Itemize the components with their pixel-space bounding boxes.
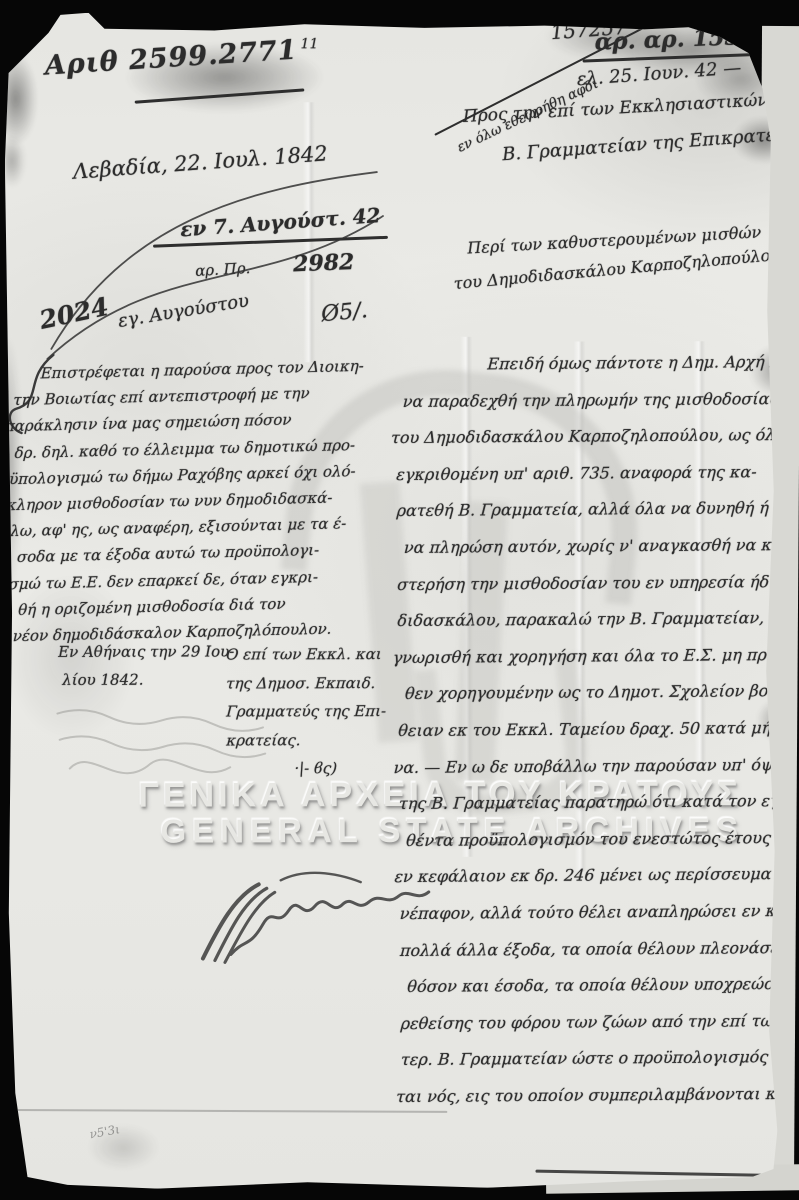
handwriting-line: γνωρισθή και χορηγήση και όλα το Ε.Σ. μη… — [392, 637, 788, 677]
handwriting-line: διδασκάλου, παρακαλώ την Β. Γραμματείαν,… — [396, 600, 787, 640]
reference-number: αρ. αρ. 15381. — [594, 22, 781, 56]
handwriting-line: να πληρώση αυτόν, χωρίς ν' αναγκασθή να … — [403, 527, 788, 567]
handwriting-line: πολλά άλλα έξοδα, τα οποία θέλουν πλεονά… — [399, 929, 788, 969]
handwriting-line: νέπαφον, αλλά τούτο θέλει αναπληρώσει εν… — [399, 893, 788, 933]
handwriting-line: τερ. Β. Γραμματείαν ώστε ο προϋπολογισμό… — [400, 1039, 788, 1079]
pen-flourish — [45, 162, 386, 363]
handwriting-line: Ο επί των Εκκλ. και — [225, 640, 387, 669]
handwriting-line: της Β. Γραμματείας παρατηρώ ότι κατά τον… — [398, 783, 788, 823]
handwriting-line: να. — Εν ω δε υποβάλλω την παρούσαν υπ' … — [392, 746, 787, 786]
small-number-note: 11 — [301, 36, 319, 52]
sheet-edge-line — [535, 1170, 785, 1178]
handwriting-line: στερήση την μισθοδοσίαν του εν υπηρεσία … — [396, 563, 787, 603]
handwriting-line: Επειδή όμως πάντοτε η Δημ. Αρχή Ραχώβης — [394, 344, 787, 384]
handwriting-line: ρεθείσης του φόρου των ζώων από την επί … — [400, 1003, 788, 1043]
handwriting-line: θειαν εκ του Εκκλ. Ταμείου δραχ. 50 κατά… — [397, 710, 787, 750]
ink-blot — [4, 53, 36, 145]
closing-date-line: λίου 1842. — [62, 671, 143, 689]
scanned-document: ΓΕΝΙΚΑ ΑΡΧΕΙΑ ΤΟΥ ΚΡΑΤΟΥΣ GENERAL STATE … — [0, 0, 799, 1200]
handwriting-line: εγκριθομένη υπ' αριθ. 735. αναφορά της κ… — [395, 454, 787, 494]
handwriting-line: θεν χορηγουμένην ως το Δημοτ. Σχολείον β… — [404, 673, 788, 713]
fold-line — [7, 1109, 447, 1112]
closing-date-line: Εν Αθήναις την 29 Ιου- — [58, 642, 234, 660]
main-body: Επειδή όμως πάντοτε η Δημ. Αρχή Ραχώβηςν… — [395, 344, 787, 1116]
handwriting-line: να παραδεχθή την πληρωμήν της μισθοδοσία… — [402, 380, 788, 420]
draft-reply-note: Επιστρέφεται η παρούσα προς τον Διοικη-τ… — [6, 352, 409, 649]
handwriting-line: του Δημοδιδασκάλου Καρποζηλοπούλου, ως ό… — [390, 417, 788, 457]
handwriting-line: θόσον και έσοδα, τα οποία θέλουν υποχρεώ… — [406, 966, 787, 1006]
handwriting-line: ·|- ϐς) — [293, 754, 387, 783]
bleedthrough-ghost-writing — [49, 695, 275, 800]
handwriting-line: της Δημοσ. Εκπαιδ. — [225, 669, 387, 698]
handwriting-line: ται νός, εις του οποίον συμπεριλαμβάνοντ… — [395, 1076, 787, 1116]
handwriting-line: ρατεθή Β. Γραμματεία, αλλά όλα να δυνηθή… — [395, 490, 787, 530]
address-line: Β. Γραμματείαν της Επικρατείας — [501, 122, 787, 165]
handwriting-line: εν κεφάλαιον εκ δρ. 246 μένει ως περίσσε… — [393, 856, 787, 896]
document-page: ΓΕΝΙΚΑ ΑΡΧΕΙΑ ΤΟΥ ΚΡΑΤΟΥΣ GENERAL STATE … — [4, 11, 787, 1195]
handwriting-line: θέντα προϋπολογισμόν του ενεστώτος έτους… — [405, 820, 787, 860]
